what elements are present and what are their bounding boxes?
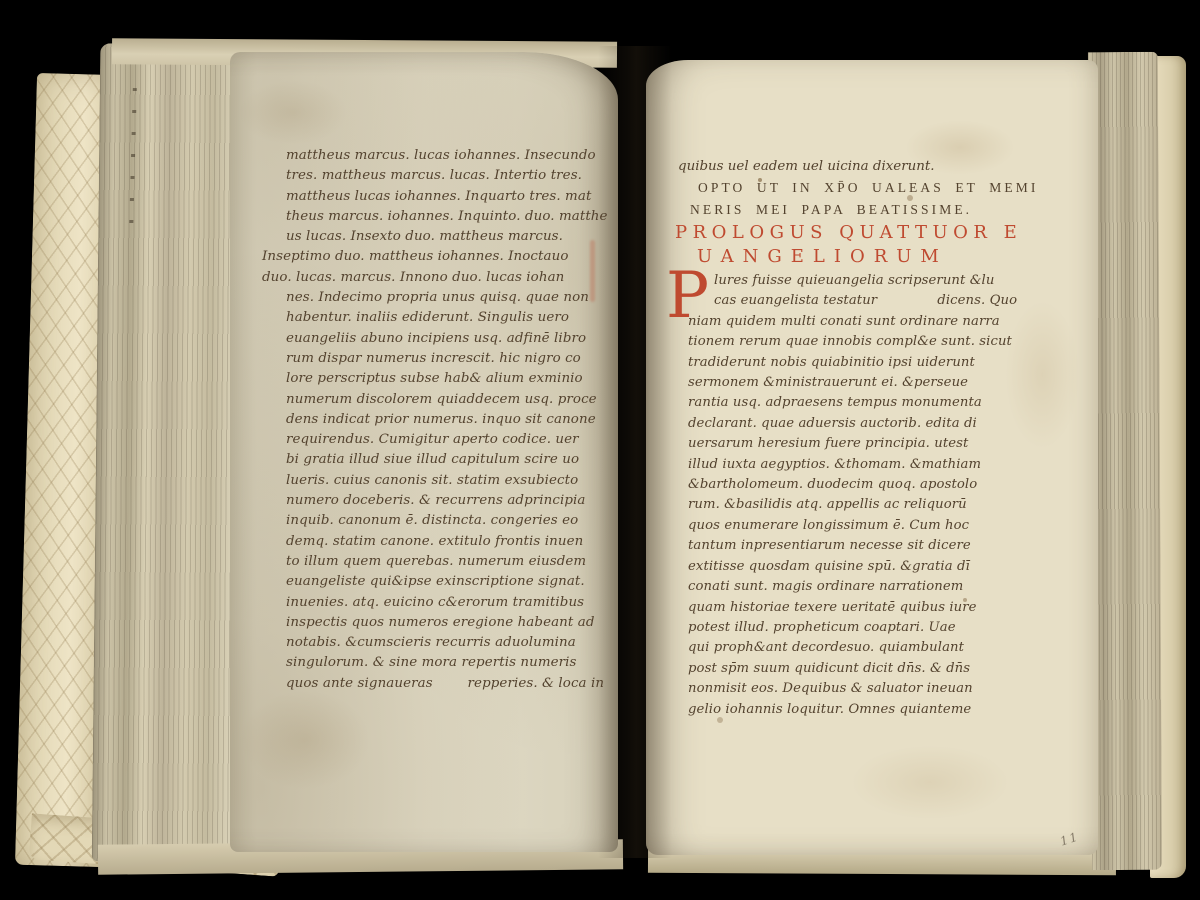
drop-cap-initial: P (666, 267, 709, 326)
manuscript-text-line: rum. &basilidis atq. appellis ac reliquo… (688, 495, 1000, 515)
capitals-line: NERIS MEI PAPA BEATISSIME. (690, 199, 1000, 221)
manuscript-text-line: euangeliste qui&ipse exinscriptione sign… (286, 572, 616, 592)
manuscript-text-line: potest illud. propheticum coaptari. Uae (688, 618, 1000, 638)
manuscript-text-line: bi gratia illud siue illud capitulum sci… (286, 450, 616, 470)
manuscript-text-line: post sp̄m suum quidicunt dicit dn̄s. & d… (688, 659, 1000, 679)
manuscript-text-line: rantia usq. adpraesens tempus monumenta (688, 393, 1000, 413)
manuscript-text-line: declarant. quae aduersis auctorib. edita… (688, 414, 1000, 434)
manuscript-text-line: numero doceberis. & recurrens adprincipi… (286, 491, 616, 511)
manuscript-text-line: cas euangelista testatur dicens. Quo (688, 291, 1000, 311)
rubric-line: UANGELIORUM (697, 245, 1000, 269)
right-page-block-edges (1088, 52, 1162, 870)
manuscript-text-line: demq. statim canone. extitulo frontis in… (286, 532, 616, 552)
manuscript-text-line: inuenies. atq. euicino c&erorum tramitib… (286, 593, 616, 613)
prologue-body-lines: lures fuisse quieuangelia scripserunt &l… (688, 271, 1000, 720)
manuscript-text-line: quibus uel eadem uel uicina dixerunt. (678, 156, 1000, 177)
manuscript-text-line: habentur. inaliis ediderunt. Singulis ue… (286, 308, 616, 328)
manuscript-text-line: mattheus marcus. lucas iohannes. Insecun… (286, 146, 616, 166)
manuscript-text-line: notabis. &cumscieris recurris aduolumina (286, 633, 616, 653)
manuscript-text-line: qui proph&ant decordesuo. quiambulant (688, 638, 1000, 658)
manuscript-text-line: Inseptimo duo. mattheus iohannes. Inocta… (262, 247, 616, 267)
left-page-text: mattheus marcus. lucas iohannes. Insecun… (286, 146, 616, 694)
capitals-line: OPTO UT IN XP̄O UALEAS ET MEMI (698, 177, 1000, 199)
right-page-text: quibus uel eadem uel uicina dixerunt. OP… (678, 156, 1000, 720)
manuscript-text-line: inspectis quos numeros eregione habeant … (286, 613, 616, 633)
manuscript-text-line: nonmisit eos. Dequibus & saluator ineuan (688, 679, 1000, 699)
rubric-heading: PROLOGUS QUATTUOR EUANGELIORUM (678, 221, 1000, 269)
rubric-line: PROLOGUS QUATTUOR E (675, 221, 1000, 245)
manuscript-text-line: numerum discolorem quiaddecem usq. proce (286, 390, 616, 410)
manuscript-text-line: nes. Indecimo propria unus quisq. quae n… (286, 288, 616, 308)
manuscript-text-line: dens indicat prior numerus. inquo sit ca… (286, 410, 616, 430)
manuscript-text-line: inquib. canonum ē. distincta. congeries … (286, 511, 616, 531)
manuscript-text-line: extitisse quosdam quisine spū. &gratia d… (688, 557, 1000, 577)
manuscript-text-line: conati sunt. magis ordinare narrationem (688, 577, 1000, 597)
manuscript-text-line: illud iuxta aegyptios. &thomam. &mathiam (688, 455, 1000, 475)
prologue-body: P lures fuisse quieuangelia scripserunt … (688, 271, 1000, 720)
manuscript-text-line: tionem rerum quae innobis compl&e sunt. … (688, 332, 1000, 352)
manuscript-text-line: to illum quem querebas. numerum eiusdem (286, 552, 616, 572)
manuscript-text-line: theus marcus. iohannes. Inquinto. duo. m… (286, 207, 616, 227)
manuscript-text-line: quos ante signaueras repperies. & loca i… (286, 674, 616, 694)
manuscript-text-line: lures fuisse quieuangelia scripserunt &l… (688, 271, 1000, 291)
manuscript-text-line: duo. lucas. marcus. Innono duo. lucas io… (262, 268, 616, 288)
manuscript-text-line: gelio iohannis loquitur. Omnes quianteme (688, 700, 1000, 720)
manuscript-text-line: us lucas. Insexto duo. mattheus marcus. (286, 227, 616, 247)
manuscript-text-line: lueris. cuius canonis sit. statim exsubi… (286, 471, 616, 491)
manuscript-text-line: uersarum heresium fuere principia. utest (688, 434, 1000, 454)
manuscript-text-line: quos enumerare longissimum ē. Cum hoc (688, 516, 1000, 536)
manuscript-text-line: mattheus lucas iohannes. Inquarto tres. … (286, 187, 616, 207)
manuscript-photo: mattheus marcus. lucas iohannes. Insecun… (0, 0, 1200, 900)
manuscript-text-line: tantum inpresentiarum necesse sit dicere (688, 536, 1000, 556)
manuscript-text-line: niam quidem multi conati sunt ordinare n… (688, 312, 1000, 332)
manuscript-text-line: euangeliis abuno incipiens usq. adfinē l… (286, 329, 616, 349)
manuscript-text-line: singulorum. & sine mora repertis numeris (286, 653, 616, 673)
manuscript-text-line: rum dispar numerus increscit. hic nigro … (286, 349, 616, 369)
manuscript-text-line: sermonem &ministrauerunt ei. &perseue (688, 373, 1000, 393)
address-in-capitals: OPTO UT IN XP̄O UALEAS ET MEMINERIS MEI … (678, 177, 1000, 221)
left-page-block-edges (92, 43, 249, 863)
manuscript-text-line: requirendus. Cumigitur aperto codice. ue… (286, 430, 616, 450)
manuscript-text-line: quam historiae texere ueritatē quibus iu… (688, 598, 1000, 618)
manuscript-text-line: lore perscriptus subse hab& alium exmini… (286, 369, 616, 389)
manuscript-text-line: &bartholomeum. duodecim quoq. apostolo (688, 475, 1000, 495)
manuscript-text-line: tradiderunt nobis quiabinitio ipsi uider… (688, 353, 1000, 373)
manuscript-text-line: tres. mattheus marcus. lucas. Intertio t… (286, 166, 616, 186)
